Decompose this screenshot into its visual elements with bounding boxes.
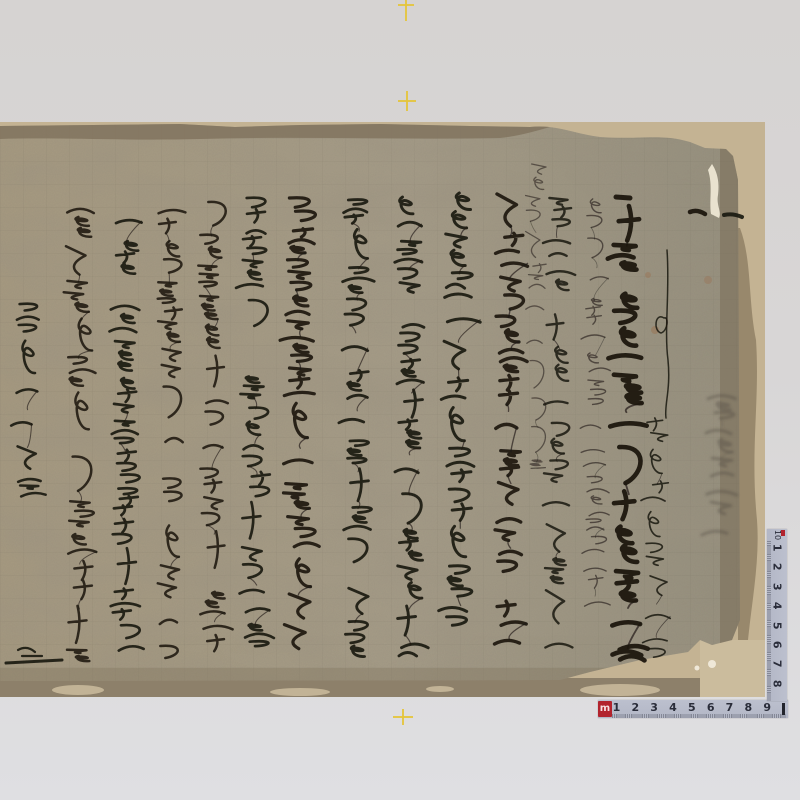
scale-ruler-vertical: 10 1 2 3 4 5 6 7 8 <box>767 529 787 701</box>
ruler-label: 5 <box>682 702 701 714</box>
ruler-label: 1 <box>607 702 626 714</box>
ruler-label: 9 <box>758 702 777 714</box>
ruler-label: 6 <box>701 702 720 714</box>
ruler-horizontal-labels: 1 2 3 4 5 6 7 8 9 <box>607 702 777 714</box>
ruler-end-mark <box>782 703 785 715</box>
ink-mark <box>616 197 630 198</box>
paper-hole <box>708 660 716 668</box>
manuscript-document <box>0 0 800 800</box>
ruler-label: 4 <box>664 702 683 714</box>
ruler-label: 2 <box>626 702 645 714</box>
ruler-ticks <box>767 541 771 701</box>
scale-ruler-horizontal: m 1 2 3 4 5 6 7 8 9 <box>598 700 788 718</box>
photo-stage: m 1 2 3 4 5 6 7 8 9 10 1 2 3 4 5 6 7 8 <box>0 0 800 800</box>
ruler-label: 7 <box>720 702 739 714</box>
paper-hole <box>695 666 700 671</box>
ruler-label: 8 <box>739 702 758 714</box>
cream-patch <box>700 640 765 697</box>
ruler-label: 3 <box>645 702 664 714</box>
ruler-ticks <box>612 714 786 718</box>
